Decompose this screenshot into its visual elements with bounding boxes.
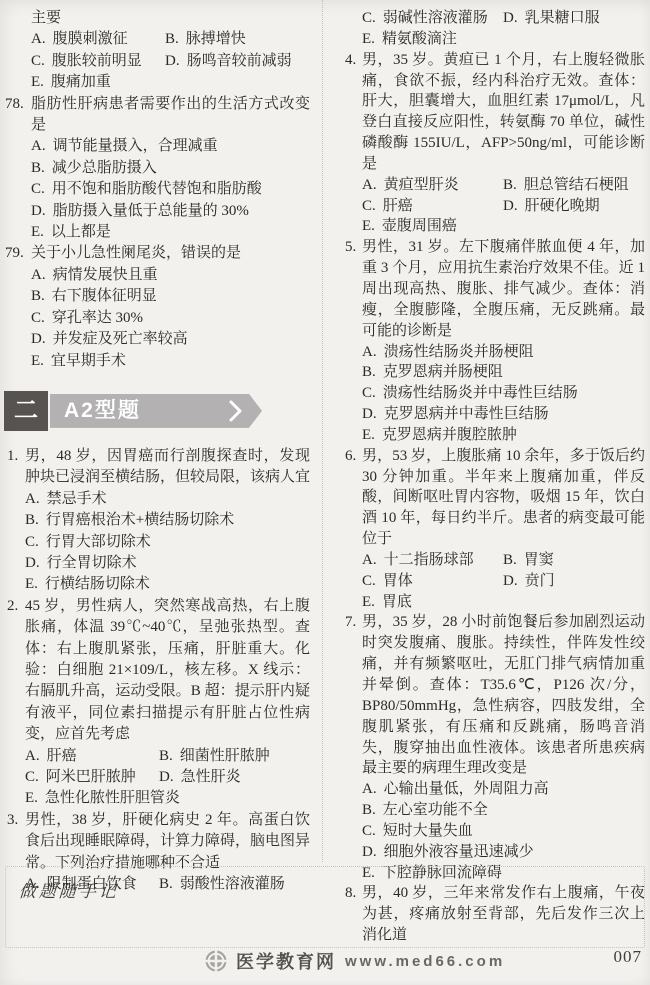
option-label: E. — [31, 224, 44, 240]
option-E: E.胃底 — [362, 592, 645, 613]
option-text: 细菌性肝脓肿 — [180, 748, 270, 764]
right-column: C.弱碱性溶液灌肠D.乳果糖口服E.精氨酸滴注4.男，35 岁。黄疸已 1 个月… — [340, 8, 645, 946]
option-label: D. — [31, 331, 46, 347]
options: A.黄疸型肝炎B.胆总管结石梗阻C.肝癌D.肝硬化晚期E.壶腹周围癌 — [362, 175, 645, 238]
options: A.病情发展快且重B.右下腹体征明显C.穿孔率达 30%D.并发症及死亡率较高E… — [31, 265, 310, 372]
option-D: D.行全胃切除术 — [25, 553, 310, 574]
question-stem: 脂肪性肝病患者需要作出的生活方式改变是 — [31, 94, 310, 137]
option-C: C.用不饱和脂肪酸代替饱和脂肪酸 — [31, 179, 310, 200]
option-C: C.行胃大部切除术 — [25, 532, 310, 553]
option-text: 右下腹体征明显 — [52, 288, 157, 304]
option-text: 脂肪摄入量低于总能量的 30% — [53, 203, 249, 219]
option-text: 腹膜刺激征 — [53, 31, 128, 47]
question-4: 4.男，35 岁。黄疸已 1 个月，右上腹轻微胀痛，食欲不振，经内科治疗无效。查… — [340, 50, 645, 238]
option-text: 克罗恩病并腹腔脓肿 — [382, 427, 517, 443]
option-D: D.肠鸣音较前减弱 — [165, 51, 310, 72]
section-header: 二A2型题 — [4, 391, 310, 431]
question-number: 1. — [7, 446, 18, 467]
section-index-box: 二 — [4, 391, 48, 431]
question-stem: 男，35 岁。黄疸已 1 个月，右上腹轻微胀痛，食欲不振，经内科治疗无效。查体：… — [362, 50, 645, 175]
option-E: E.精氨酸滴注 — [362, 29, 645, 50]
option-D: D.并发症及死亡率较高 — [31, 329, 310, 350]
option-label: C. — [362, 823, 376, 839]
question-number: 79. — [5, 243, 24, 264]
question-5: 5.男性，31 岁。左下腹痛伴脓血便 4 年，加重 3 个月，应用抗生素治疗效果… — [340, 237, 645, 445]
question-2: 2.45 岁，男性病人，突然寒战高热，右上腹胀痛，体温 39℃~40℃，呈弛张热… — [4, 596, 310, 810]
option-text: 行横结肠切除术 — [45, 576, 150, 592]
chevron-right-icon — [229, 400, 242, 429]
option-D: D.乳果糖口服 — [503, 8, 645, 29]
question-number: 2. — [7, 596, 18, 617]
options: A.溃疡性结肠炎并肠梗阻B.克罗恩病并肠梗阻C.溃疡性结肠炎并中毒性巨结肠D.克… — [362, 342, 645, 446]
option-D: D.脂肪摄入量低于总能量的 30% — [31, 201, 310, 222]
option-E: E.急性化脓性肝胆管炎 — [25, 788, 310, 809]
option-A: A.心输出量低，外周阻力高 — [362, 779, 645, 800]
option-text: 肝癌 — [383, 198, 413, 214]
exam-book-page: 主要A.腹膜刺激征B.脉搏增快C.腹胀较前明显D.肠鸣音较前减弱E.腹痛加重78… — [0, 0, 650, 985]
option-text: 肠鸣音较前减弱 — [187, 53, 292, 69]
med66-cross-circle-icon — [205, 950, 227, 972]
column-divider — [322, 0, 323, 862]
option-D: D.肝硬化晚期 — [503, 196, 645, 217]
option-C: C.溃疡性结肠炎并中毒性巨结肠 — [362, 383, 645, 404]
option-text: 乳果糖口服 — [525, 10, 600, 26]
option-label: C. — [362, 385, 376, 401]
option-label: B. — [31, 160, 45, 176]
option-E: E.行横结肠切除术 — [25, 574, 310, 595]
option-text: 溃疡性结肠炎并肠梗阻 — [384, 344, 534, 360]
option-label: A. — [25, 491, 40, 507]
question-stem: 男性，31 岁。左下腹痛伴脓血便 4 年，加重 3 个月，应用抗生素治疗效果不佳… — [362, 237, 645, 341]
question-number: 7. — [345, 612, 356, 633]
option-text: 心输出量低，外周阻力高 — [384, 781, 549, 797]
option-label: E. — [25, 790, 38, 806]
question-number: 5. — [345, 237, 356, 258]
option-label: E. — [25, 576, 38, 592]
question-number: 6. — [345, 446, 356, 467]
option-text: 弱碱性溶液灌肠 — [383, 10, 488, 26]
option-label: B. — [159, 748, 173, 764]
option-D: D.贲门 — [503, 571, 645, 592]
option-B: B.减少总脂肪摄入 — [31, 158, 310, 179]
option-B: B.细菌性肝脓肿 — [159, 746, 310, 767]
option-text: 禁忌手术 — [47, 491, 107, 507]
option-C: C.腹胀较前明显 — [31, 51, 165, 72]
option-label: E. — [362, 218, 375, 234]
question-stem: 男，48 岁，因胃癌而行剖腹探查时，发现肿块已浸润至横结肠，但较局限，该病人宜 — [25, 446, 310, 489]
question-number: 3. — [7, 810, 18, 831]
option-A: A.十二指肠球部 — [362, 550, 503, 571]
option-text: 克罗恩病并中毒性巨结肠 — [384, 406, 549, 422]
option-label: B. — [362, 364, 376, 380]
option-C: C.肝癌 — [362, 196, 503, 217]
option-text: 胆总管结石梗阻 — [524, 177, 629, 193]
option-C: C.胃体 — [362, 571, 503, 592]
option-text: 腹痛加重 — [51, 74, 111, 90]
option-label: A. — [362, 552, 377, 568]
option-label: B. — [165, 31, 179, 47]
question-number: 78. — [5, 94, 24, 115]
option-label: C. — [362, 198, 376, 214]
option-label: D. — [503, 573, 518, 589]
option-text: 阿米巴肝脓肿 — [46, 769, 136, 785]
option-A: A.肝癌 — [25, 746, 159, 767]
option-text: 宜早期手术 — [51, 353, 126, 369]
left-column: 主要A.腹膜刺激征B.脉搏增快C.腹胀较前明显D.肠鸣音较前减弱E.腹痛加重78… — [4, 8, 310, 895]
option-label: A. — [31, 31, 46, 47]
option-label: D. — [503, 10, 518, 26]
option-label: E. — [31, 74, 44, 90]
option-label: D. — [25, 555, 40, 571]
page-number: 007 — [614, 947, 643, 967]
options: A.调节能量摄入，合理减重B.减少总脂肪摄入C.用不饱和脂肪酸代替饱和脂肪酸D.… — [31, 136, 310, 243]
option-text: 病情发展快且重 — [53, 267, 158, 283]
question-stem: 主要 — [31, 8, 310, 29]
footer-url: www.med66.com — [345, 953, 505, 970]
option-label: D. — [503, 198, 518, 214]
question-78: 78.脂肪性肝病患者需要作出的生活方式改变是A.调节能量摄入，合理减重B.减少总… — [4, 94, 310, 244]
option-label: C. — [362, 573, 376, 589]
option-label: B. — [25, 512, 39, 528]
option-text: 行胃大部切除术 — [46, 534, 151, 550]
option-text: 胃底 — [382, 594, 412, 610]
option-text: 精氨酸滴注 — [382, 31, 457, 47]
option-B: B.克罗恩病并肠梗阻 — [362, 362, 645, 383]
option-text: 短时大量失血 — [383, 823, 473, 839]
question-stem: 男，53 岁，上腹胀痛 10 余年，多于饭后约 30 分钟加重。半年来上腹痛加重… — [362, 446, 645, 550]
option-B: B.胃窦 — [503, 550, 645, 571]
option-B: B.右下腹体征明显 — [31, 286, 310, 307]
option-text: 左心室功能不全 — [383, 802, 488, 818]
option-A: A.禁忌手术 — [25, 489, 310, 510]
option-A: A.黄疸型肝炎 — [362, 175, 503, 196]
option-text: 肝硬化晚期 — [525, 198, 600, 214]
option-label: D. — [362, 844, 377, 860]
options: C.弱碱性溶液灌肠D.乳果糖口服E.精氨酸滴注 — [362, 8, 645, 50]
option-text: 胃体 — [383, 573, 413, 589]
option-text: 并发症及死亡率较高 — [53, 331, 188, 347]
option-label: D. — [362, 406, 377, 422]
option-A: A.病情发展快且重 — [31, 265, 310, 286]
option-label: A. — [31, 138, 46, 154]
option-text: 黄疸型肝炎 — [384, 177, 459, 193]
option-label: C. — [362, 10, 376, 26]
option-text: 急性化脓性肝胆管炎 — [45, 790, 180, 806]
option-text: 行胃癌根治术+横结肠切除术 — [46, 512, 234, 528]
option-E: E.腹痛加重 — [31, 72, 310, 93]
option-text: 细胞外液容量迅速减少 — [384, 844, 534, 860]
option-A: A.调节能量摄入，合理减重 — [31, 136, 310, 157]
option-D: D.细胞外液容量迅速减少 — [362, 842, 645, 863]
option-D: D.克罗恩病并中毒性巨结肠 — [362, 404, 645, 425]
question-6: 6.男，53 岁，上腹胀痛 10 余年，多于饭后约 30 分钟加重。半年来上腹痛… — [340, 446, 645, 613]
option-label: A. — [25, 748, 40, 764]
question-stem: 男性，38 岁，肝硬化病史 2 年。高蛋白饮食后出现睡眠障碍，计算力障碍，脑电图… — [25, 810, 310, 874]
option-B: B.胆总管结石梗阻 — [503, 175, 645, 196]
option-label: B. — [503, 552, 517, 568]
option-text: 减少总脂肪摄入 — [52, 160, 157, 176]
option-text: 脉搏增快 — [186, 31, 246, 47]
option-label: C. — [31, 310, 45, 326]
option-C: C.穿孔率达 30% — [31, 308, 310, 329]
option-label: E. — [31, 353, 44, 369]
option-text: 用不饱和脂肪酸代替饱和脂肪酸 — [52, 181, 262, 197]
question-stem: 45 岁，男性病人，突然寒战高热，右上腹胀痛，体温 39℃~40℃，呈弛张热型。… — [25, 596, 310, 746]
option-label: B. — [503, 177, 517, 193]
option-text: 溃疡性结肠炎并中毒性巨结肠 — [383, 385, 578, 401]
option-label: A. — [31, 267, 46, 283]
notes-box: 做题随手记 — [5, 866, 645, 948]
option-label: C. — [31, 53, 45, 69]
section-title: A2型题 — [64, 400, 141, 421]
option-text: 腹胀较前明显 — [52, 53, 142, 69]
option-text: 胃窦 — [524, 552, 554, 568]
options: A.肝癌B.细菌性肝脓肿C.阿米巴肝脓肿D.急性肝炎E.急性化脓性肝胆管炎 — [25, 746, 310, 810]
option-text: 穿孔率达 30% — [52, 310, 143, 326]
option-label: C. — [25, 534, 39, 550]
option-text: 克罗恩病并肠梗阻 — [383, 364, 503, 380]
option-text: 行全胃切除术 — [47, 555, 137, 571]
question-stem: 关于小儿急性阑尾炎，错误的是 — [31, 243, 310, 264]
option-label: D. — [165, 53, 180, 69]
option-text: 贲门 — [525, 573, 555, 589]
option-C: C.短时大量失血 — [362, 821, 645, 842]
question-continuation: 主要A.腹膜刺激征B.脉搏增快C.腹胀较前明显D.肠鸣音较前减弱E.腹痛加重 — [4, 8, 310, 94]
options: A.十二指肠球部B.胃窦C.胃体D.贲门E.胃底 — [362, 550, 645, 613]
question-1: 1.男，48 岁，因胃癌而行剖腹探查时，发现肿块已浸润至横结肠，但较局限，该病人… — [4, 446, 310, 596]
option-D: D.急性肝炎 — [159, 767, 310, 788]
option-text: 十二指肠球部 — [384, 552, 474, 568]
option-label: B. — [31, 288, 45, 304]
options: A.禁忌手术B.行胃癌根治术+横结肠切除术C.行胃大部切除术D.行全胃切除术E.… — [25, 489, 310, 596]
option-A: A.溃疡性结肠炎并肠梗阻 — [362, 342, 645, 363]
option-E: E.宜早期手术 — [31, 351, 310, 372]
option-text: 调节能量摄入，合理减重 — [53, 138, 218, 154]
option-text: 肝癌 — [47, 748, 77, 764]
option-B: B.行胃癌根治术+横结肠切除术 — [25, 510, 310, 531]
option-label: C. — [31, 181, 45, 197]
question-number: 4. — [345, 50, 356, 71]
option-label: A. — [362, 781, 377, 797]
option-label: D. — [31, 203, 46, 219]
footer-brand: 医学教育网 — [236, 948, 336, 974]
option-E: E.克罗恩病并腹腔脓肿 — [362, 425, 645, 446]
option-C: C.弱碱性溶液灌肠 — [362, 8, 503, 29]
question-7: 7.男，35 岁，28 小时前饱餐后参加剧烈运动时突发腹痛、腹胀。持续性，伴阵发… — [340, 612, 645, 883]
option-text: 壶腹周围癌 — [382, 218, 457, 234]
option-E: E.壶腹周围癌 — [362, 216, 645, 237]
option-label: E. — [362, 427, 375, 443]
question-continuation: C.弱碱性溶液灌肠D.乳果糖口服E.精氨酸滴注 — [340, 8, 645, 50]
options: A.腹膜刺激征B.脉搏增快C.腹胀较前明显D.肠鸣音较前减弱E.腹痛加重 — [31, 29, 310, 93]
option-B: B.脉搏增快 — [165, 29, 310, 50]
option-label: D. — [159, 769, 174, 785]
option-label: C. — [25, 769, 39, 785]
option-label: B. — [362, 802, 376, 818]
page-footer: 医学教育网 www.med66.com — [205, 948, 505, 974]
question-stem: 男，35 岁，28 小时前饱餐后参加剧烈运动时突发腹痛、腹胀。持续性，伴阵发性绞… — [362, 612, 645, 779]
option-A: A.腹膜刺激征 — [31, 29, 165, 50]
option-text: 急性肝炎 — [181, 769, 241, 785]
option-text: 以上都是 — [51, 224, 111, 240]
option-label: A. — [362, 177, 377, 193]
question-79: 79.关于小儿急性阑尾炎，错误的是A.病情发展快且重B.右下腹体征明显C.穿孔率… — [4, 243, 310, 371]
notes-box-label: 做题随手记 — [18, 877, 120, 902]
option-label: E. — [362, 594, 375, 610]
option-B: B.左心室功能不全 — [362, 800, 645, 821]
option-E: E.以上都是 — [31, 222, 310, 243]
option-C: C.阿米巴肝脓肿 — [25, 767, 159, 788]
option-label: A. — [362, 344, 377, 360]
option-label: E. — [362, 31, 375, 47]
section-title-bar: A2型题 — [50, 394, 262, 428]
